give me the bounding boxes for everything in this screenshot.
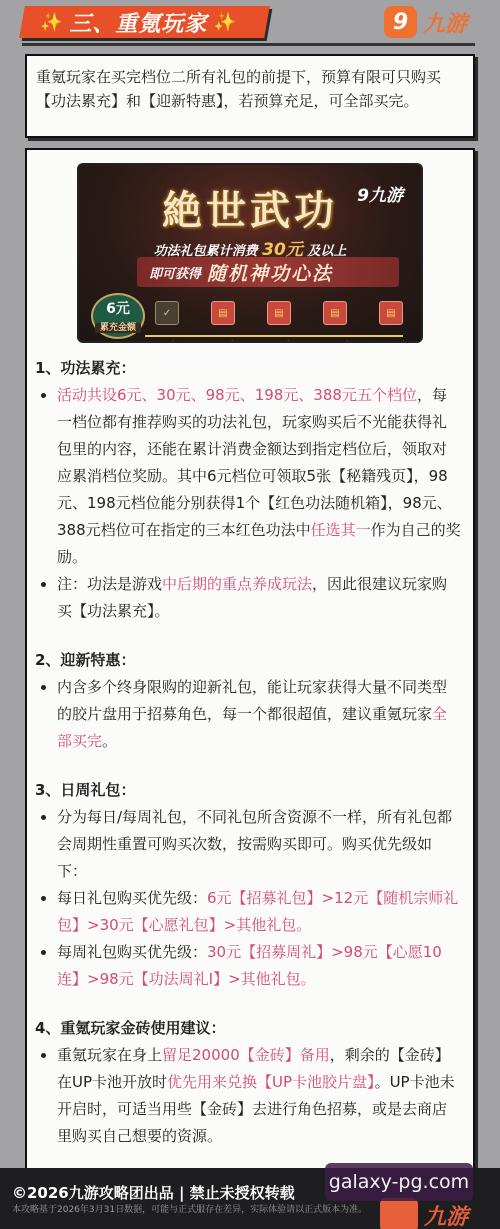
bullet-item: 每日礼包购买优先级：6元【招募礼包】>12元【随机宗师礼包】>30元【心愿礼包】…: [35, 885, 465, 939]
badge-label: 累充金额: [95, 323, 141, 333]
section-newcomer-deals: 2、迎新特惠： 内含多个终身限购的迎新礼包，能让玩家获得大量不同类型的胶片盘用于…: [35, 647, 465, 755]
tier-label: 388元: [376, 337, 405, 343]
section-heading: 4、重氪玩家金砖使用建议：: [35, 1015, 465, 1042]
main-content-card: 絶世武功 9九游 功法礼包累计消费 30元 及以上 即可获得 随机神功心法 6元…: [25, 148, 475, 1170]
check-icon: ✓: [155, 301, 179, 325]
reward-chest-icon: ▤: [211, 301, 235, 325]
section-heading: 2、迎新特惠：: [35, 647, 465, 674]
section-gold-brick-usage: 4、重氪玩家金砖使用建议： 重氪玩家在身上留足20000【金砖】备用，剩余的【金…: [35, 1015, 465, 1150]
body-text: 。: [102, 732, 117, 750]
body-text: 每周礼包购买优先级：: [57, 943, 207, 961]
bullet-item: 活动共设6元、30元、98元、198元、388元五个档位，每一档位都有推荐购买的…: [35, 382, 465, 571]
banner-logo: 9九游: [357, 181, 403, 206]
watermark: galaxy-pg.com: [325, 1163, 473, 1201]
body-text: 每日礼包购买优先级：: [57, 889, 207, 907]
jiuyou-logo-icon: [380, 1198, 418, 1229]
tier-item: ▤ 198元: [317, 301, 353, 343]
footer-brand-name: 九游: [424, 1200, 468, 1229]
guide-content: 1、功法累充： 活动共设6元、30元、98元、198元、388元五个档位，每一档…: [35, 353, 465, 1172]
highlight-text: 活动共设6元、30元、98元、198元、388元五个档位: [57, 386, 417, 404]
highlight-text: 中后期的重点养成玩法: [162, 575, 312, 593]
tier-item: ▤ 30元: [205, 301, 241, 343]
brand-logo: 9 九游: [384, 6, 467, 38]
section-title: ✨ 三、重氪玩家 ✨: [40, 6, 270, 38]
section-heading: 3、日周礼包：: [35, 777, 465, 804]
strip-reward: 随机神功心法: [207, 259, 333, 286]
tier-item: ▤ 388元: [373, 301, 409, 343]
footer-brand-logo: 九游: [380, 1198, 468, 1229]
jiuyou-logo-icon: 9: [384, 6, 417, 38]
tier-item: ✓ 6元: [149, 301, 185, 343]
section-title-text: 三、重氪玩家: [69, 7, 207, 38]
body-text: 内含多个终身限购的迎新礼包，能让玩家获得大量不同类型的胶片盘用于招募角色，每一个…: [57, 678, 447, 723]
reward-chest-icon: ▤: [323, 301, 347, 325]
strip-prefix: 即可获得: [149, 263, 201, 282]
intro-text: 重氪玩家在买完档位二所有礼包的前提下，预算有限可只购买【功法累充】和【迎新特惠】…: [36, 65, 464, 113]
bullet-item: 重氪玩家在身上留足20000【金砖】备用，剩余的【金砖】在UP卡池开放时优先用来…: [35, 1042, 465, 1150]
tier-label: 6元: [159, 337, 175, 343]
disclaimer-text: 本攻略基于2026年3月31日数据，可能与正式服存在差异，实际体验请以正式版本为…: [12, 1204, 392, 1217]
event-banner-image: 絶世武功 9九游 功法礼包累计消费 30元 及以上 即可获得 随机神功心法 6元…: [77, 163, 423, 343]
accumulated-amount-badge: 6元 累充金额: [91, 293, 145, 339]
brand-name: 九游: [423, 7, 467, 38]
bullet-item: 内含多个终身限购的迎新礼包，能让玩家获得大量不同类型的胶片盘用于招募角色，每一个…: [35, 674, 465, 755]
bullet-item: 注：功法是游戏中后期的重点养成玩法，因此很建议玩家购买【功法累充】。: [35, 571, 465, 625]
intro-card: 重氪玩家在买完档位二所有礼包的前提下，预算有限可只购买【功法累充】和【迎新特惠】…: [25, 54, 475, 138]
body-text: 重氪玩家在身上: [57, 1046, 162, 1064]
copyright-text: ©2026九游攻略团出品 | 禁止未授权转载: [12, 1182, 295, 1203]
tier-label: 98元: [268, 337, 291, 343]
header-divider: [22, 43, 475, 46]
body-text: 分为每日/每周礼包，不同礼包所含资源不一样，所有礼包都会周期性重置可购买次数，按…: [57, 808, 452, 880]
sparkle-icon: ✨: [40, 12, 63, 33]
section-daily-weekly-packs: 3、日周礼包： 分为每日/每周礼包，不同礼包所含资源不一样，所有礼包都会周期性重…: [35, 777, 465, 993]
tier-item: ▤ 98元: [261, 301, 297, 343]
section-gongfa-recharge: 1、功法累充： 活动共设6元、30元、98元、198元、388元五个档位，每一档…: [35, 355, 465, 625]
reward-chest-icon: ▤: [267, 301, 291, 325]
sparkle-icon: ✨: [213, 12, 236, 33]
body-text: 注：功法是游戏: [57, 575, 162, 593]
highlight-text: 留足20000【金砖】备用: [162, 1046, 330, 1064]
highlight-text: 任选其一: [311, 521, 371, 539]
badge-value: 6元: [106, 301, 130, 317]
bullet-item: 分为每日/每周礼包，不同礼包所含资源不一样，所有礼包都会周期性重置可购买次数，按…: [35, 804, 465, 885]
reward-chest-icon: ▤: [379, 301, 403, 325]
highlight-text: 优先用来兑换【UP卡池胶片盘】: [167, 1073, 375, 1091]
bullet-item: 每周礼包购买优先级：30元【招募周礼】>98元【心愿10连】>98元【功法周礼Ⅰ…: [35, 939, 465, 993]
tier-label: 30元: [212, 337, 235, 343]
body-text: ，每一档位都有推荐购买的功法礼包，玩家购买后不光能获得礼包里的内容，还能在累计消…: [57, 386, 452, 539]
tier-label: 198元: [320, 337, 349, 343]
section-heading: 1、功法累充：: [35, 355, 465, 382]
banner-reward-strip: 即可获得 随机神功心法: [137, 257, 399, 287]
tier-list: ✓ 6元 ▤ 30元 ▤ 98元 ▤ 198元 ▤ 388元: [149, 301, 409, 343]
